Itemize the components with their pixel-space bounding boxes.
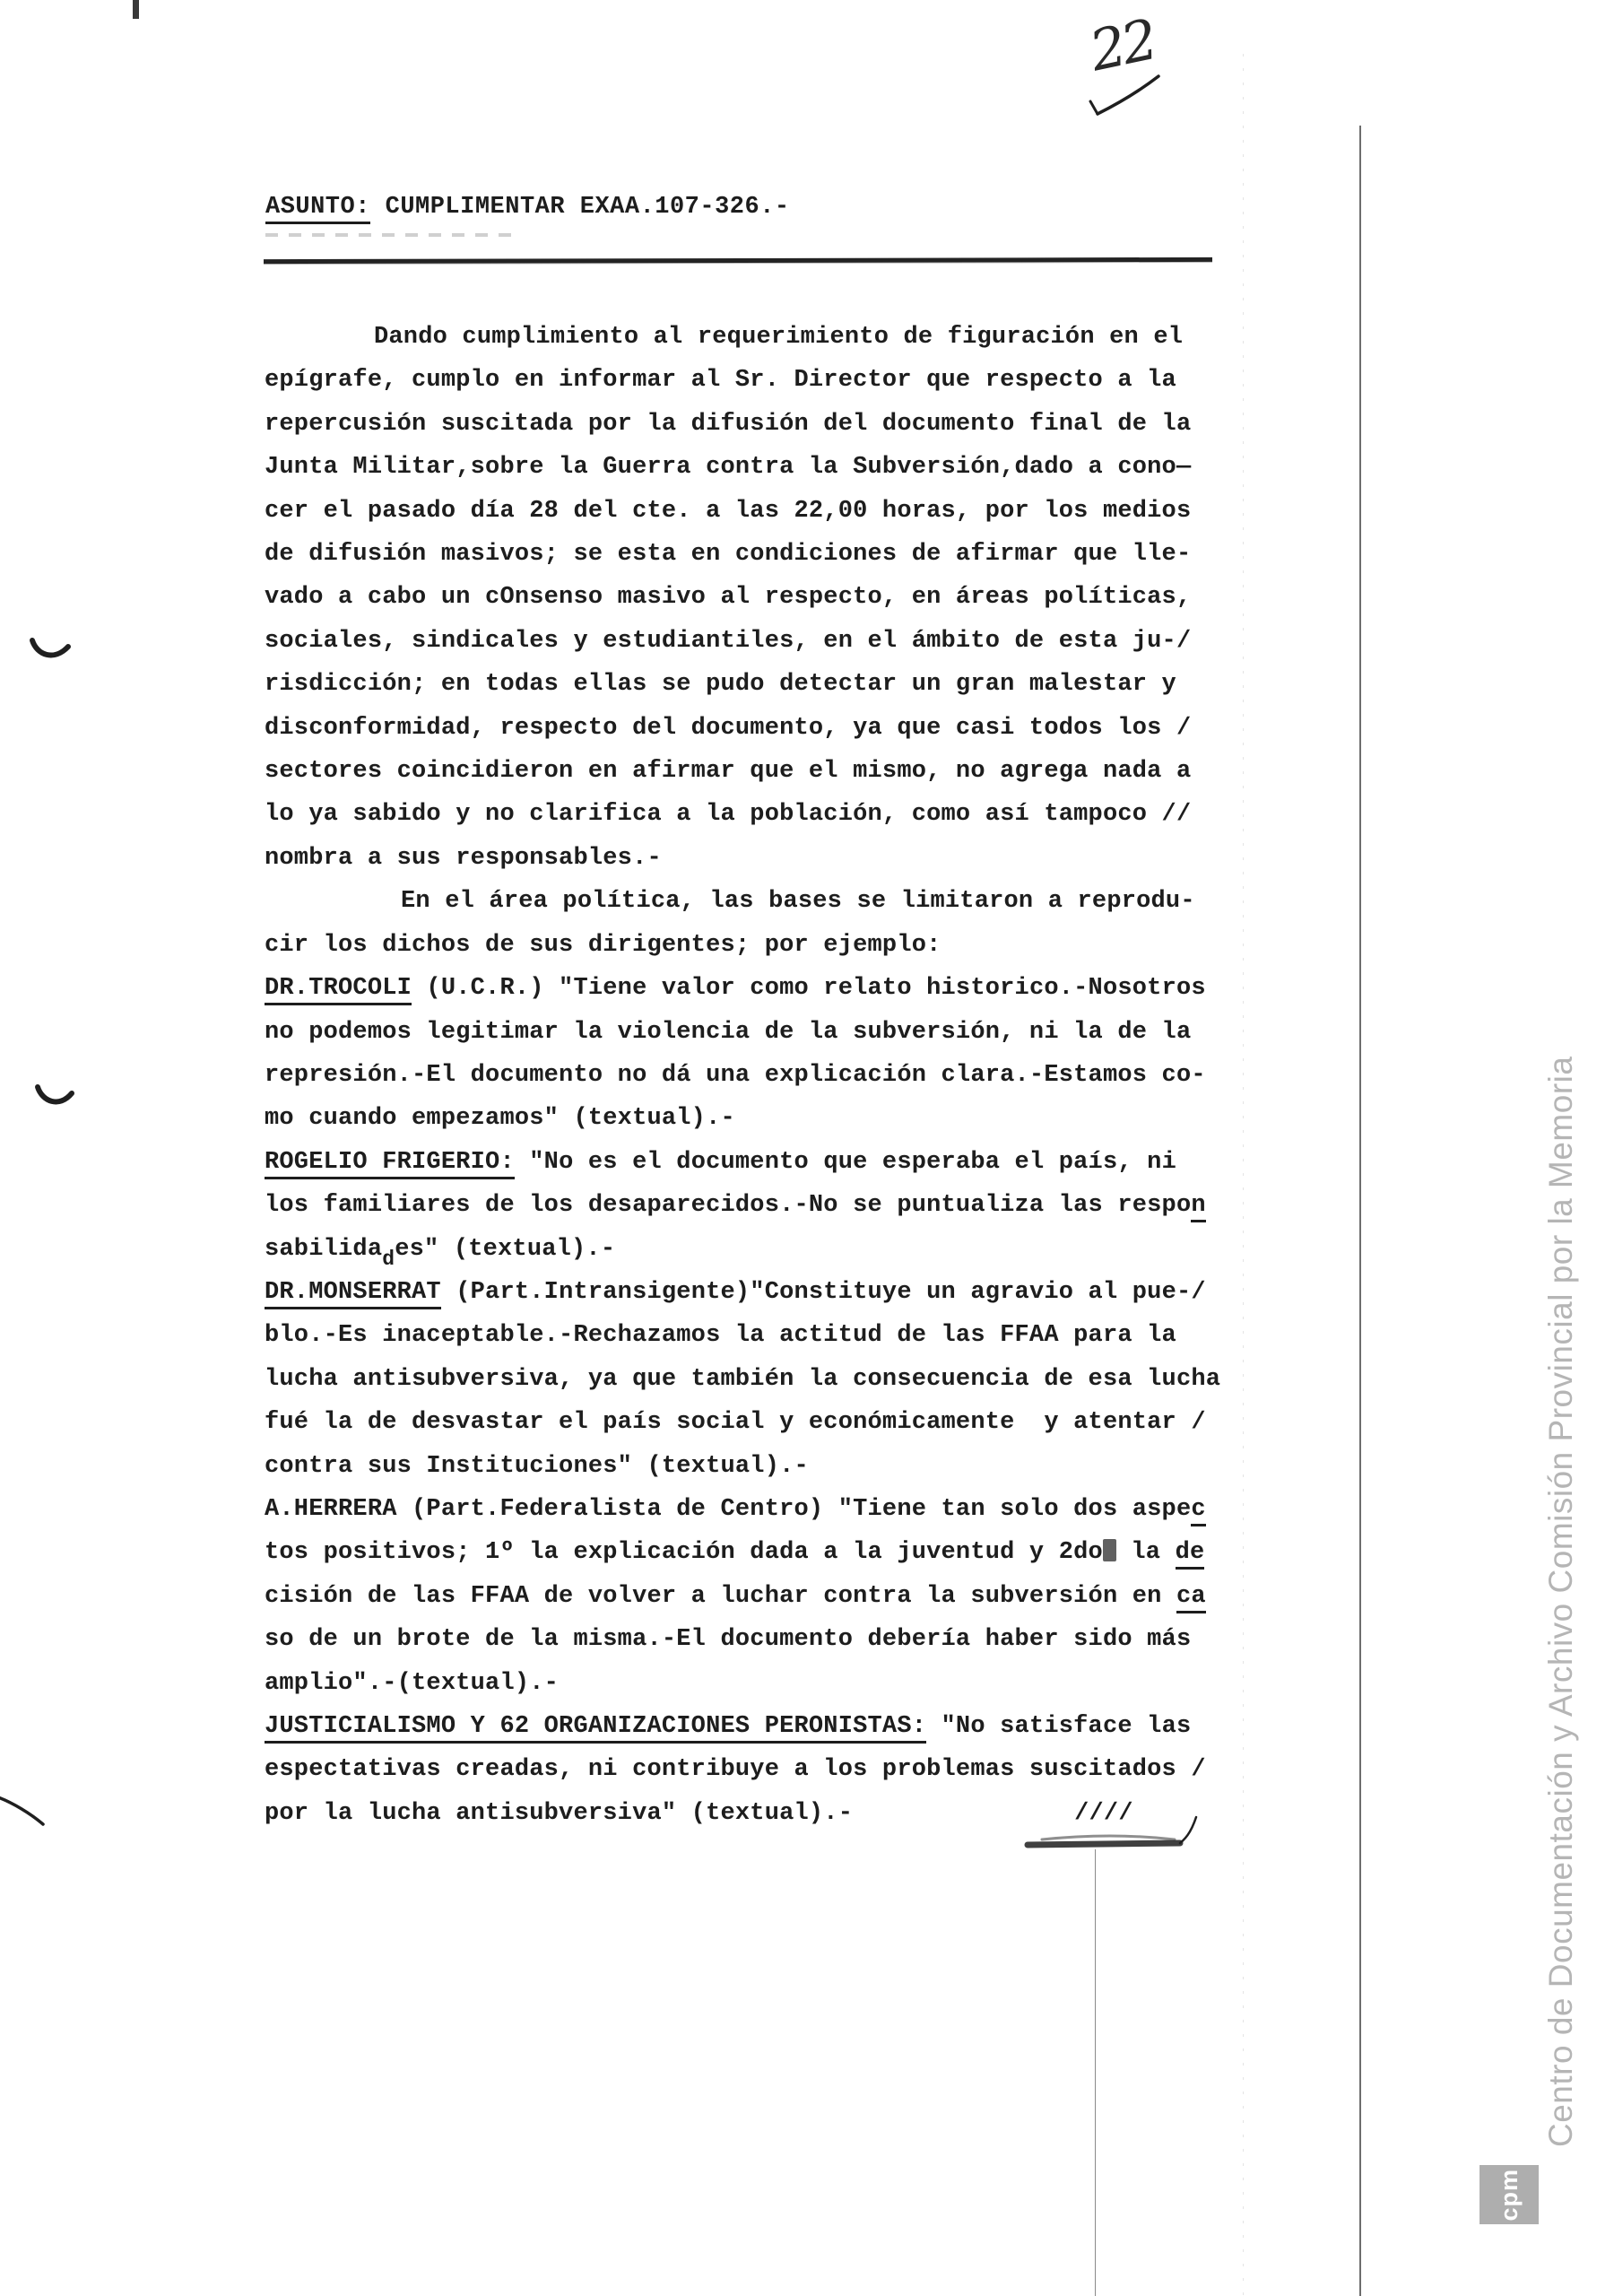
text-line: so de un brote de la misma.-El documento…	[265, 1618, 1220, 1661]
text-run: los familiares de los desaparecidos.-No …	[265, 1192, 1191, 1219]
margin-check-mark-2	[38, 1087, 72, 1101]
text-run: Dando cumplimiento al requerimiento de f…	[374, 324, 1183, 351]
text-line: espectativas creadas, ni contribuye a lo…	[265, 1748, 1220, 1791]
text-run: A.HERRERA (Part.Federalista de Centro) "…	[265, 1496, 1191, 1523]
underlined-text-run: de	[1176, 1539, 1205, 1570]
text-line: A.HERRERA (Part.Federalista de Centro) "…	[265, 1488, 1220, 1531]
horizontal-rule	[264, 257, 1212, 264]
text-line: JUSTICIALISMO Y 62 ORGANIZACIONES PERONI…	[265, 1705, 1220, 1748]
text-line: lo ya sabido y no clarifica a la poblaci…	[265, 793, 1220, 836]
subject-text: CUMPLIMENTAR EXAA.107-326.-	[370, 194, 790, 221]
text-run: represión.-El documento no dá una explic…	[265, 1062, 1206, 1089]
text-run: la	[1116, 1539, 1176, 1566]
text-line: DR.TROCOLI (U.C.R.) "Tiene valor como re…	[265, 967, 1220, 1010]
text-line: sabilidades" (textual).-	[265, 1228, 1220, 1271]
text-line: represión.-El documento no dá una explic…	[265, 1054, 1220, 1097]
scanned-document-page: 22 ASUNTO: CUMPLIMENTAR EXAA.107-326.- D…	[0, 0, 1614, 2296]
checkmark-swoosh-barb	[1090, 101, 1098, 114]
text-run: nombra a sus responsables.-	[265, 845, 662, 872]
typewritten-body: Dando cumplimiento al requerimiento de f…	[265, 316, 1220, 1835]
text-line: contra sus Instituciones" (textual).-	[265, 1445, 1220, 1488]
underlined-text-run: c	[1191, 1496, 1205, 1526]
text-line: epígrafe, cumplo en informar al Sr. Dire…	[265, 359, 1220, 402]
text-line: vado a cabo un cOnsenso masivo al respec…	[265, 576, 1220, 619]
underlined-text-run: ca	[1176, 1583, 1206, 1613]
bottom-smudge-texture	[1042, 1836, 1175, 1839]
text-run: disconformidad, respecto del documento, …	[265, 715, 1191, 742]
text-run: sectores coincidieron en afirmar que el …	[265, 758, 1191, 785]
text-run: lo ya sabido y no clarifica a la poblaci…	[265, 801, 1191, 828]
cpm-logo-text: cpm	[1496, 2169, 1523, 2222]
text-run: es" (textual).-	[395, 1236, 615, 1263]
bottom-smudge-line	[1028, 1843, 1180, 1845]
text-run: fué la de desvastar el país social y eco…	[265, 1409, 1206, 1436]
scan-fold-line-center	[1095, 1849, 1096, 2296]
text-run: no podemos legitimar la violencia de la …	[265, 1019, 1191, 1046]
text-line: mo cuando empezamos" (textual).-	[265, 1097, 1220, 1140]
text-run: blo.-Es inaceptable.-Rechazamos la actit…	[265, 1322, 1176, 1349]
underlined-text-run: n	[1191, 1192, 1205, 1222]
text-line: risdicción; en todas ellas se pudo detec…	[265, 663, 1220, 706]
text-line: repercusión suscitada por la difusión de…	[265, 403, 1220, 446]
text-run: "No satisface las	[926, 1713, 1191, 1740]
text-run: vado a cabo un cOnsenso masivo al respec…	[265, 584, 1191, 611]
text-line: por la lucha antisubversiva" (textual).-…	[265, 1792, 1220, 1835]
underlined-text-run: ROGELIO FRIGERIO:	[265, 1149, 515, 1179]
text-line: sociales, sindicales y estudiantiles, en…	[265, 620, 1220, 663]
text-line: de difusión masivos; se esta en condicio…	[265, 533, 1220, 576]
text-run: (Part.Intransigente)"Constituye un agrav…	[441, 1279, 1206, 1306]
cpm-logo: cpm	[1479, 2165, 1539, 2224]
text-run: cer el pasado día 28 del cte. a las 22,0…	[265, 498, 1191, 525]
text-line: En el área política, las bases se limita…	[265, 880, 1220, 923]
ink-blot	[1103, 1539, 1116, 1561]
text-line: los familiares de los desaparecidos.-No …	[265, 1184, 1220, 1227]
text-line: disconformidad, respecto del documento, …	[265, 707, 1220, 750]
text-run: so de un brote de la misma.-El documento…	[265, 1626, 1191, 1653]
faded-underline-artifact	[265, 233, 516, 237]
underlined-text-run: DR.MONSERRAT	[265, 1279, 441, 1309]
text-line: nombra a sus responsables.-	[265, 837, 1220, 880]
underlined-text-run: JUSTICIALISMO Y 62 ORGANIZACIONES PERONI…	[265, 1713, 926, 1744]
margin-check-mark-1	[32, 640, 68, 655]
text-line: no podemos legitimar la violencia de la …	[265, 1011, 1220, 1054]
text-run: Junta Militar,sobre la Guerra contra la …	[265, 454, 1191, 481]
text-run: epígrafe, cumplo en informar al Sr. Dire…	[265, 367, 1176, 394]
continuation-slashes-mark: ////	[1074, 1800, 1133, 1827]
text-line: tos positivos; 1º la explicación dada a …	[265, 1531, 1220, 1574]
handwritten-page-number: 22	[1084, 6, 1160, 83]
text-run: amplio".-(textual).-	[265, 1670, 559, 1697]
text-run: cir los dichos de sus dirigentes; por ej…	[265, 932, 941, 959]
text-line: DR.MONSERRAT (Part.Intransigente)"Consti…	[265, 1271, 1220, 1314]
text-run: tos positivos; 1º la explicación dada a …	[265, 1539, 1103, 1566]
text-run: En el área política, las bases se limita…	[401, 888, 1195, 915]
text-run: lucha antisubversiva, ya que también la …	[265, 1366, 1220, 1393]
subject-label: ASUNTO:	[265, 194, 370, 224]
text-line: cir los dichos de sus dirigentes; por ej…	[265, 924, 1220, 967]
text-line: blo.-Es inaceptable.-Rechazamos la actit…	[265, 1314, 1220, 1357]
scan-fold-line-faint	[1243, 54, 1244, 2296]
text-line: amplio".-(textual).-	[265, 1662, 1220, 1705]
text-run: contra sus Instituciones" (textual).-	[265, 1453, 809, 1480]
text-line: ROGELIO FRIGERIO: "No es el documento qu…	[265, 1141, 1220, 1184]
text-run: risdicción; en todas ellas se pudo detec…	[265, 671, 1176, 698]
text-line: lucha antisubversiva, ya que también la …	[265, 1358, 1220, 1401]
text-line: cer el pasado día 28 del cte. a las 22,0…	[265, 490, 1220, 533]
scan-fold-line-right	[1359, 126, 1361, 2296]
text-line: fué la de desvastar el país social y eco…	[265, 1401, 1220, 1444]
text-run: de difusión masivos; se esta en condicio…	[265, 541, 1191, 568]
text-run: cisión de las FFAA de volver a luchar co…	[265, 1583, 1176, 1610]
text-line: sectores coincidieron en afirmar que el …	[265, 750, 1220, 793]
dropped-character: d	[382, 1248, 395, 1271]
text-run: "No es el documento que esperaba el país…	[515, 1149, 1176, 1176]
subject-line: ASUNTO: CUMPLIMENTAR EXAA.107-326.-	[265, 194, 790, 221]
bottom-left-stroke	[0, 1797, 43, 1824]
text-run: repercusión suscitada por la difusión de…	[265, 411, 1191, 438]
text-run: sociales, sindicales y estudiantiles, en…	[265, 628, 1191, 655]
text-run: por la lucha antisubversiva" (textual).-	[265, 1800, 853, 1827]
text-run: (U.C.R.) "Tiene valor como relato histor…	[412, 975, 1206, 1002]
archive-watermark-text: Centro de Documentación y Archivo Comisi…	[1542, 1073, 1589, 2147]
text-line: Dando cumplimiento al requerimiento de f…	[265, 316, 1220, 359]
text-run: mo cuando empezamos" (textual).-	[265, 1105, 735, 1132]
text-run: espectativas creadas, ni contribuye a lo…	[265, 1756, 1206, 1783]
text-line: cisión de las FFAA de volver a luchar co…	[265, 1575, 1220, 1618]
text-run: sabilida	[265, 1236, 382, 1263]
scan-edge-artifact	[133, 0, 139, 19]
underlined-text-run: DR.TROCOLI	[265, 975, 412, 1005]
text-line: Junta Militar,sobre la Guerra contra la …	[265, 446, 1220, 489]
